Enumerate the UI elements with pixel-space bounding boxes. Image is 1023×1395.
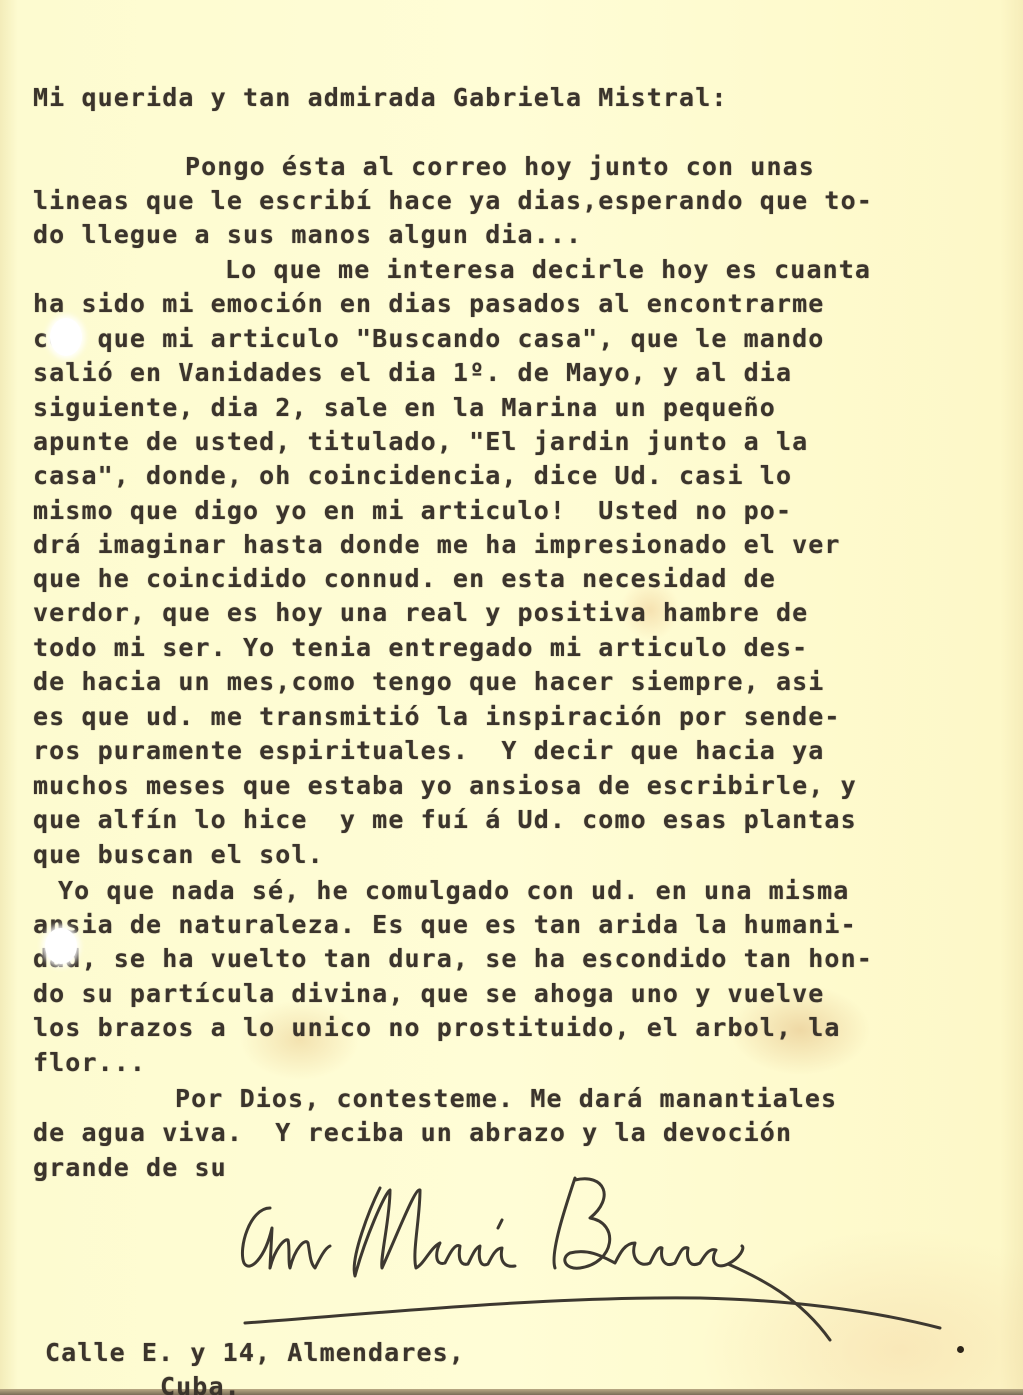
body-line: siguiente, dia 2, sale en la Marina un p…	[33, 393, 776, 423]
body-line: con que mi articulo "Buscando casa", que…	[33, 324, 824, 354]
body-line: drá imaginar hasta donde me ha impresion…	[33, 530, 841, 560]
body-line: do su partícula divina, que se ahoga uno…	[33, 979, 824, 1009]
closing-line: grande de su	[33, 1153, 227, 1183]
body-line: ansia de naturaleza. Es que es tan arida…	[33, 910, 857, 940]
address-line-2: Cuba.	[160, 1372, 241, 1395]
salutation: Mi querida y tan admirada Gabriela Mistr…	[33, 83, 728, 113]
body-line: los brazos a lo unico no prostituido, el…	[33, 1013, 841, 1043]
body-line: ros puramente espirituales. Y decir que …	[33, 736, 824, 766]
body-line: Lo que me interesa decirle hoy es cuanta	[225, 255, 871, 285]
body-line: do llegue a sus manos algun dia...	[33, 220, 582, 250]
handwritten-signature	[230, 1168, 950, 1343]
body-line: todo mi ser. Yo tenia entregado mi artic…	[33, 633, 808, 663]
body-line: mismo que digo yo en mi articulo! Usted …	[33, 496, 792, 526]
body-line: Pongo ésta al correo hoy junto con unas	[185, 152, 815, 182]
paper-edge	[0, 1389, 1023, 1395]
body-line: dad, se ha vuelto tan dura, se ha escond…	[33, 944, 873, 974]
body-line: ha sido mi emoción en dias pasados al en…	[33, 289, 824, 319]
ink-spot	[957, 1346, 964, 1353]
body-line: que he coincidido connud. en esta necesi…	[33, 564, 776, 594]
paper-hole	[45, 928, 77, 964]
address-line-1: Calle E. y 14, Almendares,	[45, 1338, 465, 1368]
body-line: lineas que le escribí hace ya dias,esper…	[33, 186, 873, 216]
body-line: verdor, que es hoy una real y positiva h…	[33, 598, 808, 628]
body-line: apunte de usted, titulado, "El jardin ju…	[33, 427, 808, 457]
closing-line: Por Dios, contesteme. Me dará manantiale…	[175, 1084, 837, 1114]
body-line: de hacia un mes,como tengo que hacer sie…	[33, 667, 824, 697]
body-line: salió en Vanidades el dia 1º. de Mayo, y…	[33, 358, 792, 388]
body-line: muchos meses que estaba yo ansiosa de es…	[33, 771, 857, 801]
body-line: casa", donde, oh coincidencia, dice Ud. …	[33, 461, 792, 491]
paper-hole	[50, 318, 82, 356]
closing-line: de agua viva. Y reciba un abrazo y la de…	[33, 1118, 792, 1148]
body-line: Yo que nada sé, he comulgado con ud. en …	[58, 876, 849, 906]
body-line: es que ud. me transmitió la inspiración …	[33, 702, 841, 732]
body-line: flor...	[33, 1048, 146, 1078]
body-line: que alfín lo hice y me fuí á Ud. como es…	[33, 805, 857, 835]
body-line: que buscan el sol.	[33, 840, 324, 870]
